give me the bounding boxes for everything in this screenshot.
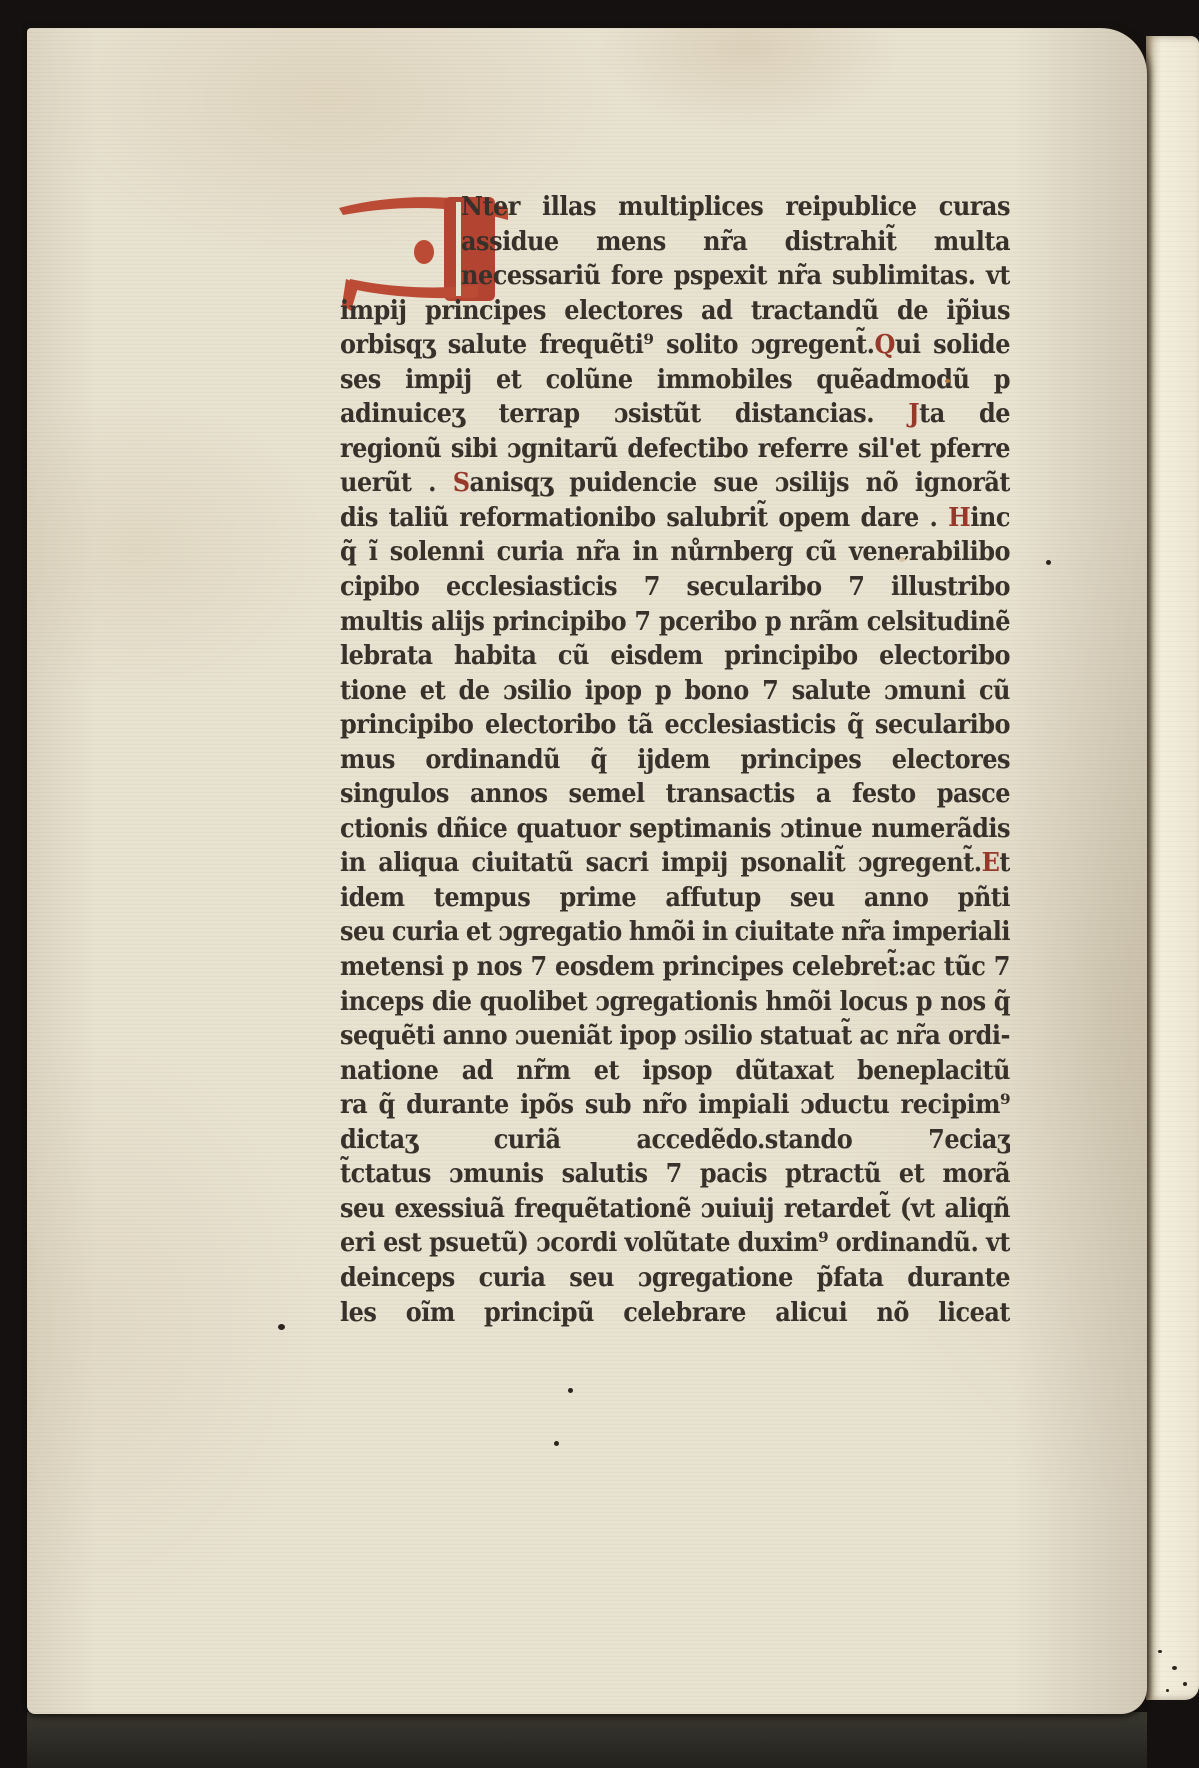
text-segment: cipibo ecclesiasticis 7 secularibo 7 ill… bbox=[340, 570, 1010, 606]
text-segment: necessariũ fore pspexit nr̃a sublimitas.… bbox=[461, 259, 1010, 295]
text-block: Nter illas multiplices reipublice curas … bbox=[340, 188, 1010, 1328]
ink-spot bbox=[1158, 1650, 1162, 1653]
text-line: metensi p nos 7 eosdem principes celebre… bbox=[340, 947, 1010, 985]
text-segment: dictaʒ curiã accedẽdo.stando 7eciaʒ rece… bbox=[340, 1122, 1010, 1158]
text-line: regionũ sibi ɔgnitarũ defectibo referre … bbox=[340, 429, 1010, 467]
rubricated-letter: J bbox=[908, 397, 919, 429]
ink-spot bbox=[568, 1388, 573, 1393]
text-segment: q̃ ĩ solenni curia nr̃a in nůrnberg cũ v… bbox=[340, 535, 1010, 571]
text-segment: in aliqua ciuitatũ sacri impij psonalit̃… bbox=[340, 846, 982, 878]
text-segment: orbisqʒ salute frequẽti⁹ solito ɔgregent… bbox=[340, 328, 874, 360]
text-line: singulos annos semel transactis a festo … bbox=[340, 775, 1010, 813]
ink-spot bbox=[1046, 560, 1051, 565]
text-segment: principibo electoribo tã ecclesiasticis … bbox=[340, 708, 1010, 744]
text-segment: mus ordinandũ q̃ ijdem principes elector… bbox=[340, 742, 1010, 778]
book-page: Nter illas multiplices reipublice curas … bbox=[27, 28, 1147, 1714]
text-segment: eri est psuetũ) ɔcordi volũtate duxim⁹ o… bbox=[340, 1226, 1010, 1258]
text-line: adinuiceʒ terrap ɔsistũt distancias. Jta… bbox=[340, 395, 1010, 433]
text-line: seu curia et ɔgregatio hmõi in ciuitate … bbox=[340, 913, 1010, 951]
text-line: sequẽti anno ɔueniãt ipop ɔsilio statuat… bbox=[340, 1016, 1010, 1054]
text-segment: seu curia et ɔgregatio hmõi in ciuitate … bbox=[340, 915, 1010, 947]
text-segment: t̃ctatus ɔmunis salutis 7 pacis ptractũ … bbox=[340, 1157, 1010, 1193]
text-segment: impij principes electores ad tractandũ d… bbox=[340, 293, 1010, 329]
ink-spot bbox=[554, 1441, 559, 1446]
text-line: dictaʒ curiã accedẽdo.stando 7eciaʒ rece… bbox=[340, 1120, 1010, 1158]
ink-spot bbox=[278, 1324, 285, 1330]
text-line: natione ad nr̃m et ipsop dũtaxat benepla… bbox=[340, 1051, 1010, 1089]
text-segment: les oĩm principũ celebrare alicui nõ lic… bbox=[340, 1295, 1010, 1331]
facing-page-edge bbox=[1146, 36, 1199, 1700]
text-segment: Nter illas multiplices reipublice curas … bbox=[461, 190, 1010, 226]
text-line: eri est psuetũ) ɔcordi volũtate duxim⁹ o… bbox=[340, 1224, 1010, 1262]
text-line: orbisqʒ salute frequẽti⁹ solito ɔgregent… bbox=[340, 325, 1010, 363]
text-line: cipibo ecclesiasticis 7 secularibo 7 ill… bbox=[340, 567, 1010, 605]
rubricated-letter: E bbox=[982, 846, 1000, 878]
text-line: dis taliũ reformationibo salubrit̃ opem … bbox=[340, 498, 1010, 536]
text-line: necessariũ fore pspexit nr̃a sublimitas.… bbox=[340, 256, 1010, 294]
text-line: Nter illas multiplices reipublice curas … bbox=[340, 187, 1010, 225]
text-segment: lebrata habita cũ eisdem principibo elec… bbox=[340, 639, 1010, 675]
text-segment: inceps die quolibet ɔgregationis hmõi lo… bbox=[340, 984, 1010, 1016]
text-segment: ctionis dñice quatuor septimanis ɔtinue … bbox=[340, 811, 1010, 847]
text-segment: ra q̃ durante ipõs sub nr̃o impiali ɔduc… bbox=[340, 1088, 1010, 1124]
text-segment: singulos annos semel transactis a festo … bbox=[340, 777, 1010, 813]
text-line: ra q̃ durante ipõs sub nr̃o impiali ɔduc… bbox=[340, 1086, 1010, 1124]
text-segment: regionũ sibi ɔgnitarũ defectibo referre … bbox=[340, 431, 1010, 467]
text-line: multis alijs principibo 7 pceribo p nrãm… bbox=[340, 602, 1010, 640]
text-line: inceps die quolibet ɔgregationis hmõi lo… bbox=[340, 982, 1010, 1020]
book-scan: Nter illas multiplices reipublice curas … bbox=[0, 0, 1199, 1768]
text-segment: natione ad nr̃m et ipsop dũtaxat benepla… bbox=[340, 1053, 1010, 1089]
text-segment: deinceps curia seu ɔgregatione p̃fata du… bbox=[340, 1260, 1010, 1296]
rubricated-letter: S bbox=[453, 466, 470, 498]
text-segment: sequẽti anno ɔueniãt ipop ɔsilio statuat… bbox=[340, 1019, 1010, 1051]
rubricated-letter: H bbox=[948, 500, 970, 532]
text-segment: uerũt . bbox=[340, 466, 453, 498]
text-line: t̃ctatus ɔmunis salutis 7 pacis ptractũ … bbox=[340, 1155, 1010, 1193]
text-segment: metensi p nos 7 eosdem principes celebre… bbox=[340, 950, 1010, 986]
ink-spot bbox=[1166, 1689, 1169, 1692]
text-line: uerũt . Sanisqʒ puidencie sue ɔsilijs nõ… bbox=[340, 464, 1010, 502]
ink-spot bbox=[1183, 1682, 1187, 1686]
rust-stain bbox=[945, 379, 950, 383]
text-line: tione et de ɔsilio ipop p bono 7 salute … bbox=[340, 671, 1010, 709]
text-line: ses impij et colũne immobiles quẽadmodũ … bbox=[340, 360, 1010, 398]
text-segment: dis taliũ reformationibo salubrit̃ opem … bbox=[340, 500, 948, 532]
text-line: idem tempus prime affutup seu anno pñti … bbox=[340, 878, 1010, 916]
ink-spot bbox=[1172, 1666, 1177, 1670]
text-line: les oĩm principũ celebrare alicui nõ lic… bbox=[340, 1293, 1010, 1331]
text-segment: seu exessiuã frequẽtationẽ ɔuiuij retard… bbox=[340, 1191, 1010, 1227]
text-segment: adinuiceʒ terrap ɔsistũt distancias. bbox=[340, 397, 908, 429]
rust-stain bbox=[899, 557, 905, 562]
rubricated-letter: Q bbox=[874, 328, 894, 360]
text-line: deinceps curia seu ɔgregatione p̃fata du… bbox=[340, 1258, 1010, 1296]
text-line: ctionis dñice quatuor septimanis ɔtinue … bbox=[340, 809, 1010, 847]
text-segment: tione et de ɔsilio ipop p bono 7 salute … bbox=[340, 673, 1010, 709]
text-line: principibo electoribo tã ecclesiasticis … bbox=[340, 706, 1010, 744]
text-line: assidue mens nr̃a distrahit̃ multa ɔside… bbox=[340, 222, 1010, 260]
text-line: lebrata habita cũ eisdem principibo elec… bbox=[340, 636, 1010, 674]
text-line: q̃ ĩ solenni curia nr̃a in nůrnberg cũ v… bbox=[340, 533, 1010, 571]
scan-shadow-floor bbox=[27, 1712, 1147, 1768]
text-line: in aliqua ciuitatũ sacri impij psonalit̃… bbox=[340, 844, 1010, 882]
text-line: impij principes electores ad tractandũ d… bbox=[340, 291, 1010, 329]
text-line: mus ordinandũ q̃ ijdem principes elector… bbox=[340, 740, 1010, 778]
text-segment: assidue mens nr̃a distrahit̃ multa ɔside… bbox=[461, 224, 1010, 260]
text-line: seu exessiuã frequẽtationẽ ɔuiuij retard… bbox=[340, 1189, 1010, 1227]
text-segment: ses impij et colũne immobiles quẽadmodũ … bbox=[340, 362, 1010, 398]
text-segment: idem tempus prime affutup seu anno pñti … bbox=[340, 880, 1010, 916]
text-segment: multis alijs principibo 7 pceribo p nrãm… bbox=[340, 604, 1010, 640]
